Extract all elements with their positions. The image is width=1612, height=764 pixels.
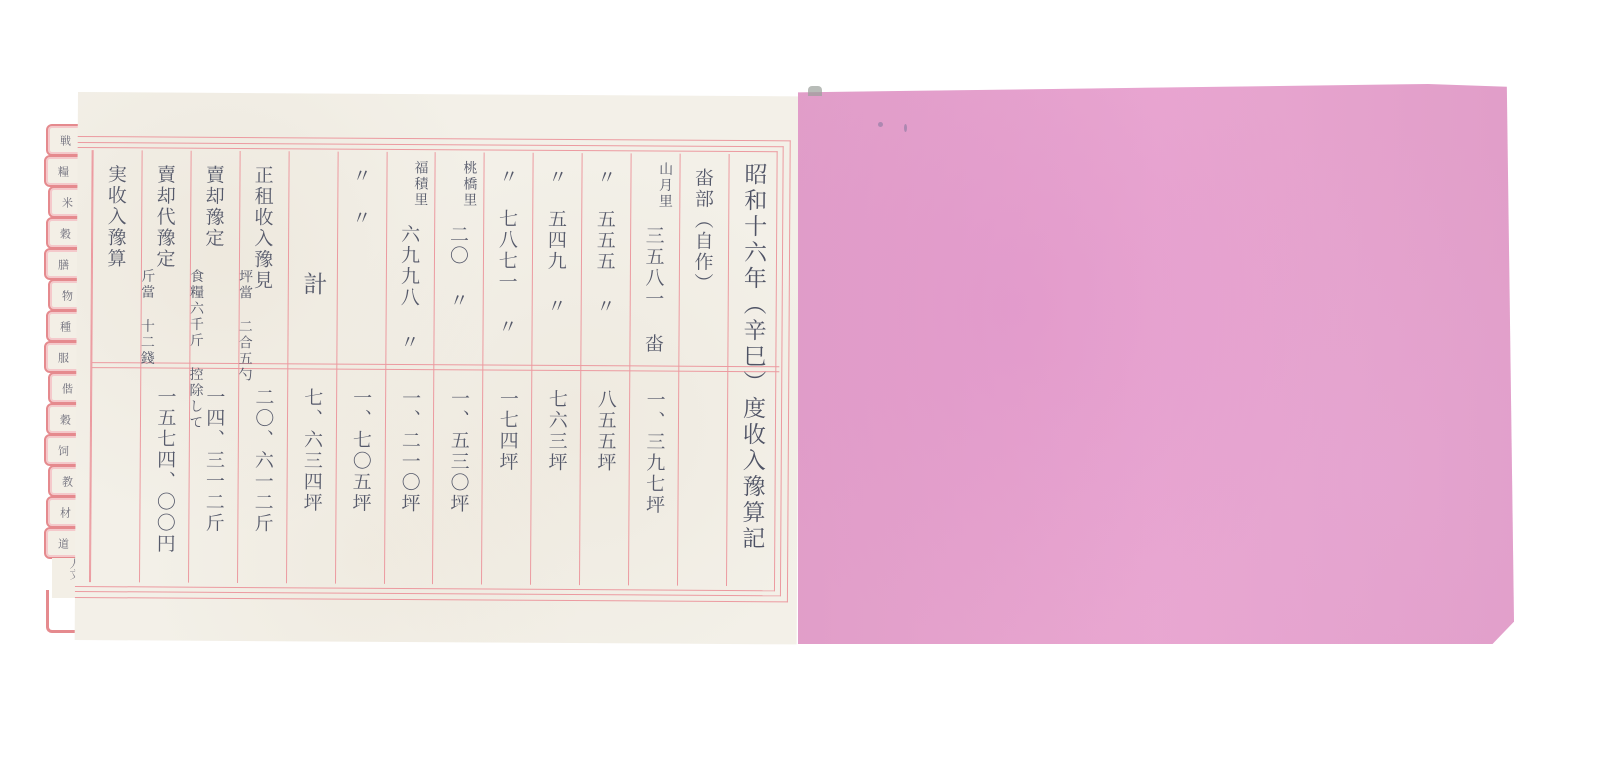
stain (878, 122, 883, 127)
lower-cell: 一、五三〇坪 (448, 388, 468, 514)
upper-cell: 〃 七八七一 〃 (496, 167, 516, 338)
ledger-column: 〃 〃一、七〇五坪 (335, 152, 388, 584)
ledger-column: 計七、六三四坪 (286, 151, 339, 583)
lower-cell: 八五五坪 (595, 389, 615, 473)
ledger-column: 〃 五五五 〃八五五坪 (579, 153, 632, 585)
upper-cell: 〃 五五五 〃 (594, 167, 614, 317)
upper-cell: 〃 〃 (350, 166, 369, 229)
upper-cell: 賣却豫定 (203, 165, 223, 249)
ledger-title: 昭和十六年（辛巳）度收入豫算記 (739, 162, 764, 552)
ledger-column: 畓部（自作） (677, 154, 730, 586)
ledger-column: 山月里三五八一 畓一、三九七坪 (628, 153, 681, 585)
lower-cell: 一四、三一二斤 (204, 387, 224, 534)
lower-cell: 七六三坪 (546, 389, 566, 473)
lower-cell: 一、二一〇坪 (399, 388, 419, 514)
place-label: 福積里 (413, 160, 427, 208)
upper-cell: 実收入豫算 (105, 164, 125, 269)
upper-cell: 三五八一 畓 (643, 225, 663, 354)
lower-cell: 一、七〇五坪 (350, 388, 370, 514)
upper-cell: 正租收入豫見 (252, 165, 272, 291)
upper-cell: 二〇 〃 (448, 224, 468, 311)
open-ledger-book: 戦糧米穀膳物種服偕穀饲教材道人文 昭和十六年（辛巳）度收入豫算記畓部（自作）山月… (0, 0, 1612, 764)
title-column: 昭和十六年（辛巳）度收入豫算記 (726, 154, 782, 586)
upper-cell: 畓部（自作） (692, 168, 712, 294)
stain (904, 124, 907, 132)
ledger-grid: 昭和十六年（辛巳）度收入豫算記畓部（自作）山月里三五八一 畓一、三九七坪〃 五五… (89, 150, 781, 586)
ledger-column: 賣却豫定食糧六千斤 控除して一四、三一二斤 (188, 151, 241, 583)
pink-cover-page (798, 84, 1514, 644)
ledger-column: 賣却代豫定斤當 十二錢一五七四、〇〇円 (139, 150, 192, 582)
lower-cell: 一五七四、〇〇円 (155, 386, 175, 554)
ledger-column: 桃橋里二〇 〃一、五三〇坪 (432, 152, 485, 584)
upper-cell: 〃 五四九 〃 (545, 167, 565, 317)
lower-cell: 一、三九七坪 (644, 389, 664, 515)
lower-cell: 二〇、六一二斤 (253, 387, 273, 534)
ledger-column: 実收入豫算 (90, 150, 143, 582)
upper-cell: 計 (301, 271, 325, 299)
binding-thread (808, 86, 822, 96)
upper-note: 斤當 十二錢 (140, 268, 155, 366)
lower-cell: 七、六三四坪 (302, 387, 322, 513)
index-tab[interactable]: 糧 (44, 155, 82, 187)
ledger-page-left: 昭和十六年（辛巳）度收入豫算記畓部（自作）山月里三五八一 畓一、三九七坪〃 五五… (75, 92, 800, 644)
ledger-column: 正租收入豫見坪當 二合五勺二〇、六一二斤 (237, 151, 290, 583)
upper-note: 坪當 二合五勺 (237, 269, 252, 383)
place-label: 桃橋里 (462, 160, 476, 208)
ledger-column: 福積里六九九八 〃一、二一〇坪 (384, 152, 437, 584)
ledger-column: 〃 五四九 〃七六三坪 (530, 153, 583, 585)
lower-cell: 一七四坪 (498, 389, 518, 473)
ledger-column: 〃 七八七一 〃一七四坪 (481, 152, 534, 584)
place-label: 山月里 (658, 162, 672, 210)
upper-cell: 賣却代豫定 (154, 164, 174, 269)
upper-cell: 六九九八 〃 (398, 224, 418, 353)
